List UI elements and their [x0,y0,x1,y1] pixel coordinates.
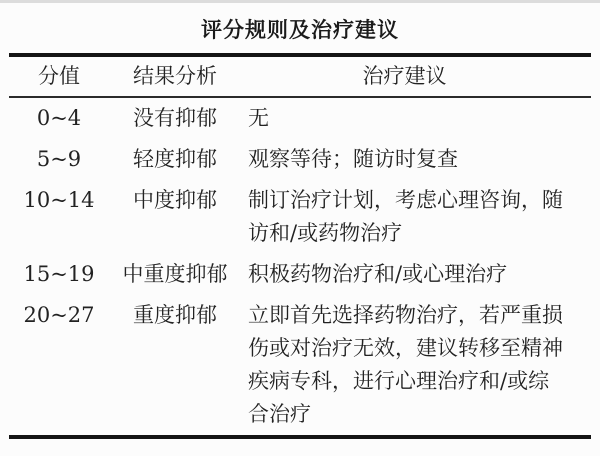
score-cell: 20~27 [9,299,109,431]
table-header-row: 分值 结果分析 治疗建议 [9,57,591,96]
analysis-cell: 重度抑郁 [109,299,241,431]
table-row: 20~27 重度抑郁 立即首先选择药物治疗，若严重损伤或对治疗无效，建议转移至精… [9,295,591,435]
table-body: 0~4 没有抑郁 无 5~9 轻度抑郁 观察等待；随访时复查 10~14 中度抑… [0,98,600,435]
score-cell: 5~9 [9,143,109,176]
table-row: 10~14 中度抑郁 制订治疗计划，考虑心理咨询，随访和/或药物治疗 [9,180,591,254]
score-cell: 15~19 [9,258,109,291]
table-row: 15~19 中重度抑郁 积极药物治疗和/或心理治疗 [9,254,591,295]
analysis-cell: 轻度抑郁 [109,143,241,176]
advice-cell: 无 [241,102,591,135]
bottom-rule [9,435,591,439]
table-row: 0~4 没有抑郁 无 [9,98,591,139]
document-page: 评分规则及治疗建议 分值 结果分析 治疗建议 0~4 没有抑郁 无 5~9 轻度… [0,0,600,456]
advice-cell: 积极药物治疗和/或心理治疗 [241,258,591,291]
advice-cell: 观察等待；随访时复查 [241,143,591,176]
header-score: 分值 [9,60,109,93]
score-cell: 10~14 [9,184,109,250]
analysis-cell: 中重度抑郁 [109,258,241,291]
header-analysis: 结果分析 [109,60,241,93]
analysis-cell: 中度抑郁 [109,184,241,250]
advice-cell: 立即首先选择药物治疗，若严重损伤或对治疗无效，建议转移至精神疾病专科，进行心理治… [241,299,591,431]
header-advice: 治疗建议 [241,60,591,93]
score-cell: 0~4 [9,102,109,135]
analysis-cell: 没有抑郁 [109,102,241,135]
table-row: 5~9 轻度抑郁 观察等待；随访时复查 [9,139,591,180]
page-title: 评分规则及治疗建议 [0,3,600,40]
advice-cell: 制订治疗计划，考虑心理咨询，随访和/或药物治疗 [241,184,591,250]
